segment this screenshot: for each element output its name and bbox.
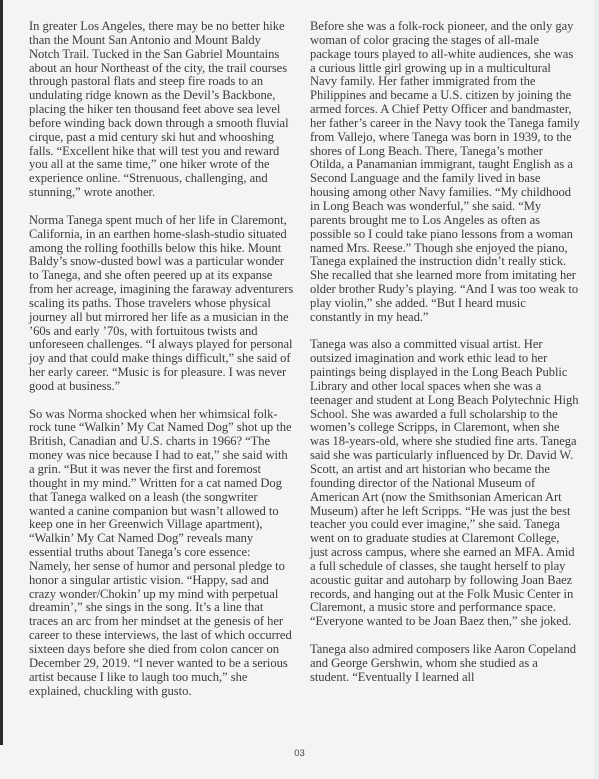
paragraph: In greater Los Angeles, there may be no … bbox=[29, 20, 294, 200]
paragraph: Tanega also admired composers like Aaron… bbox=[310, 643, 580, 685]
paragraph: Tanega was also a committed visual artis… bbox=[310, 338, 580, 629]
document-page: In greater Los Angeles, there may be no … bbox=[0, 0, 599, 779]
right-column: Before she was a folk-rock pioneer, and … bbox=[310, 20, 580, 698]
paragraph: Before she was a folk-rock pioneer, and … bbox=[310, 20, 580, 325]
paragraph: Norma Tanega spent much of her life in C… bbox=[29, 214, 294, 394]
paragraph: So was Norma shocked when her whimsical … bbox=[29, 408, 294, 699]
left-column: In greater Los Angeles, there may be no … bbox=[29, 20, 294, 712]
page-number: 03 bbox=[0, 748, 599, 759]
